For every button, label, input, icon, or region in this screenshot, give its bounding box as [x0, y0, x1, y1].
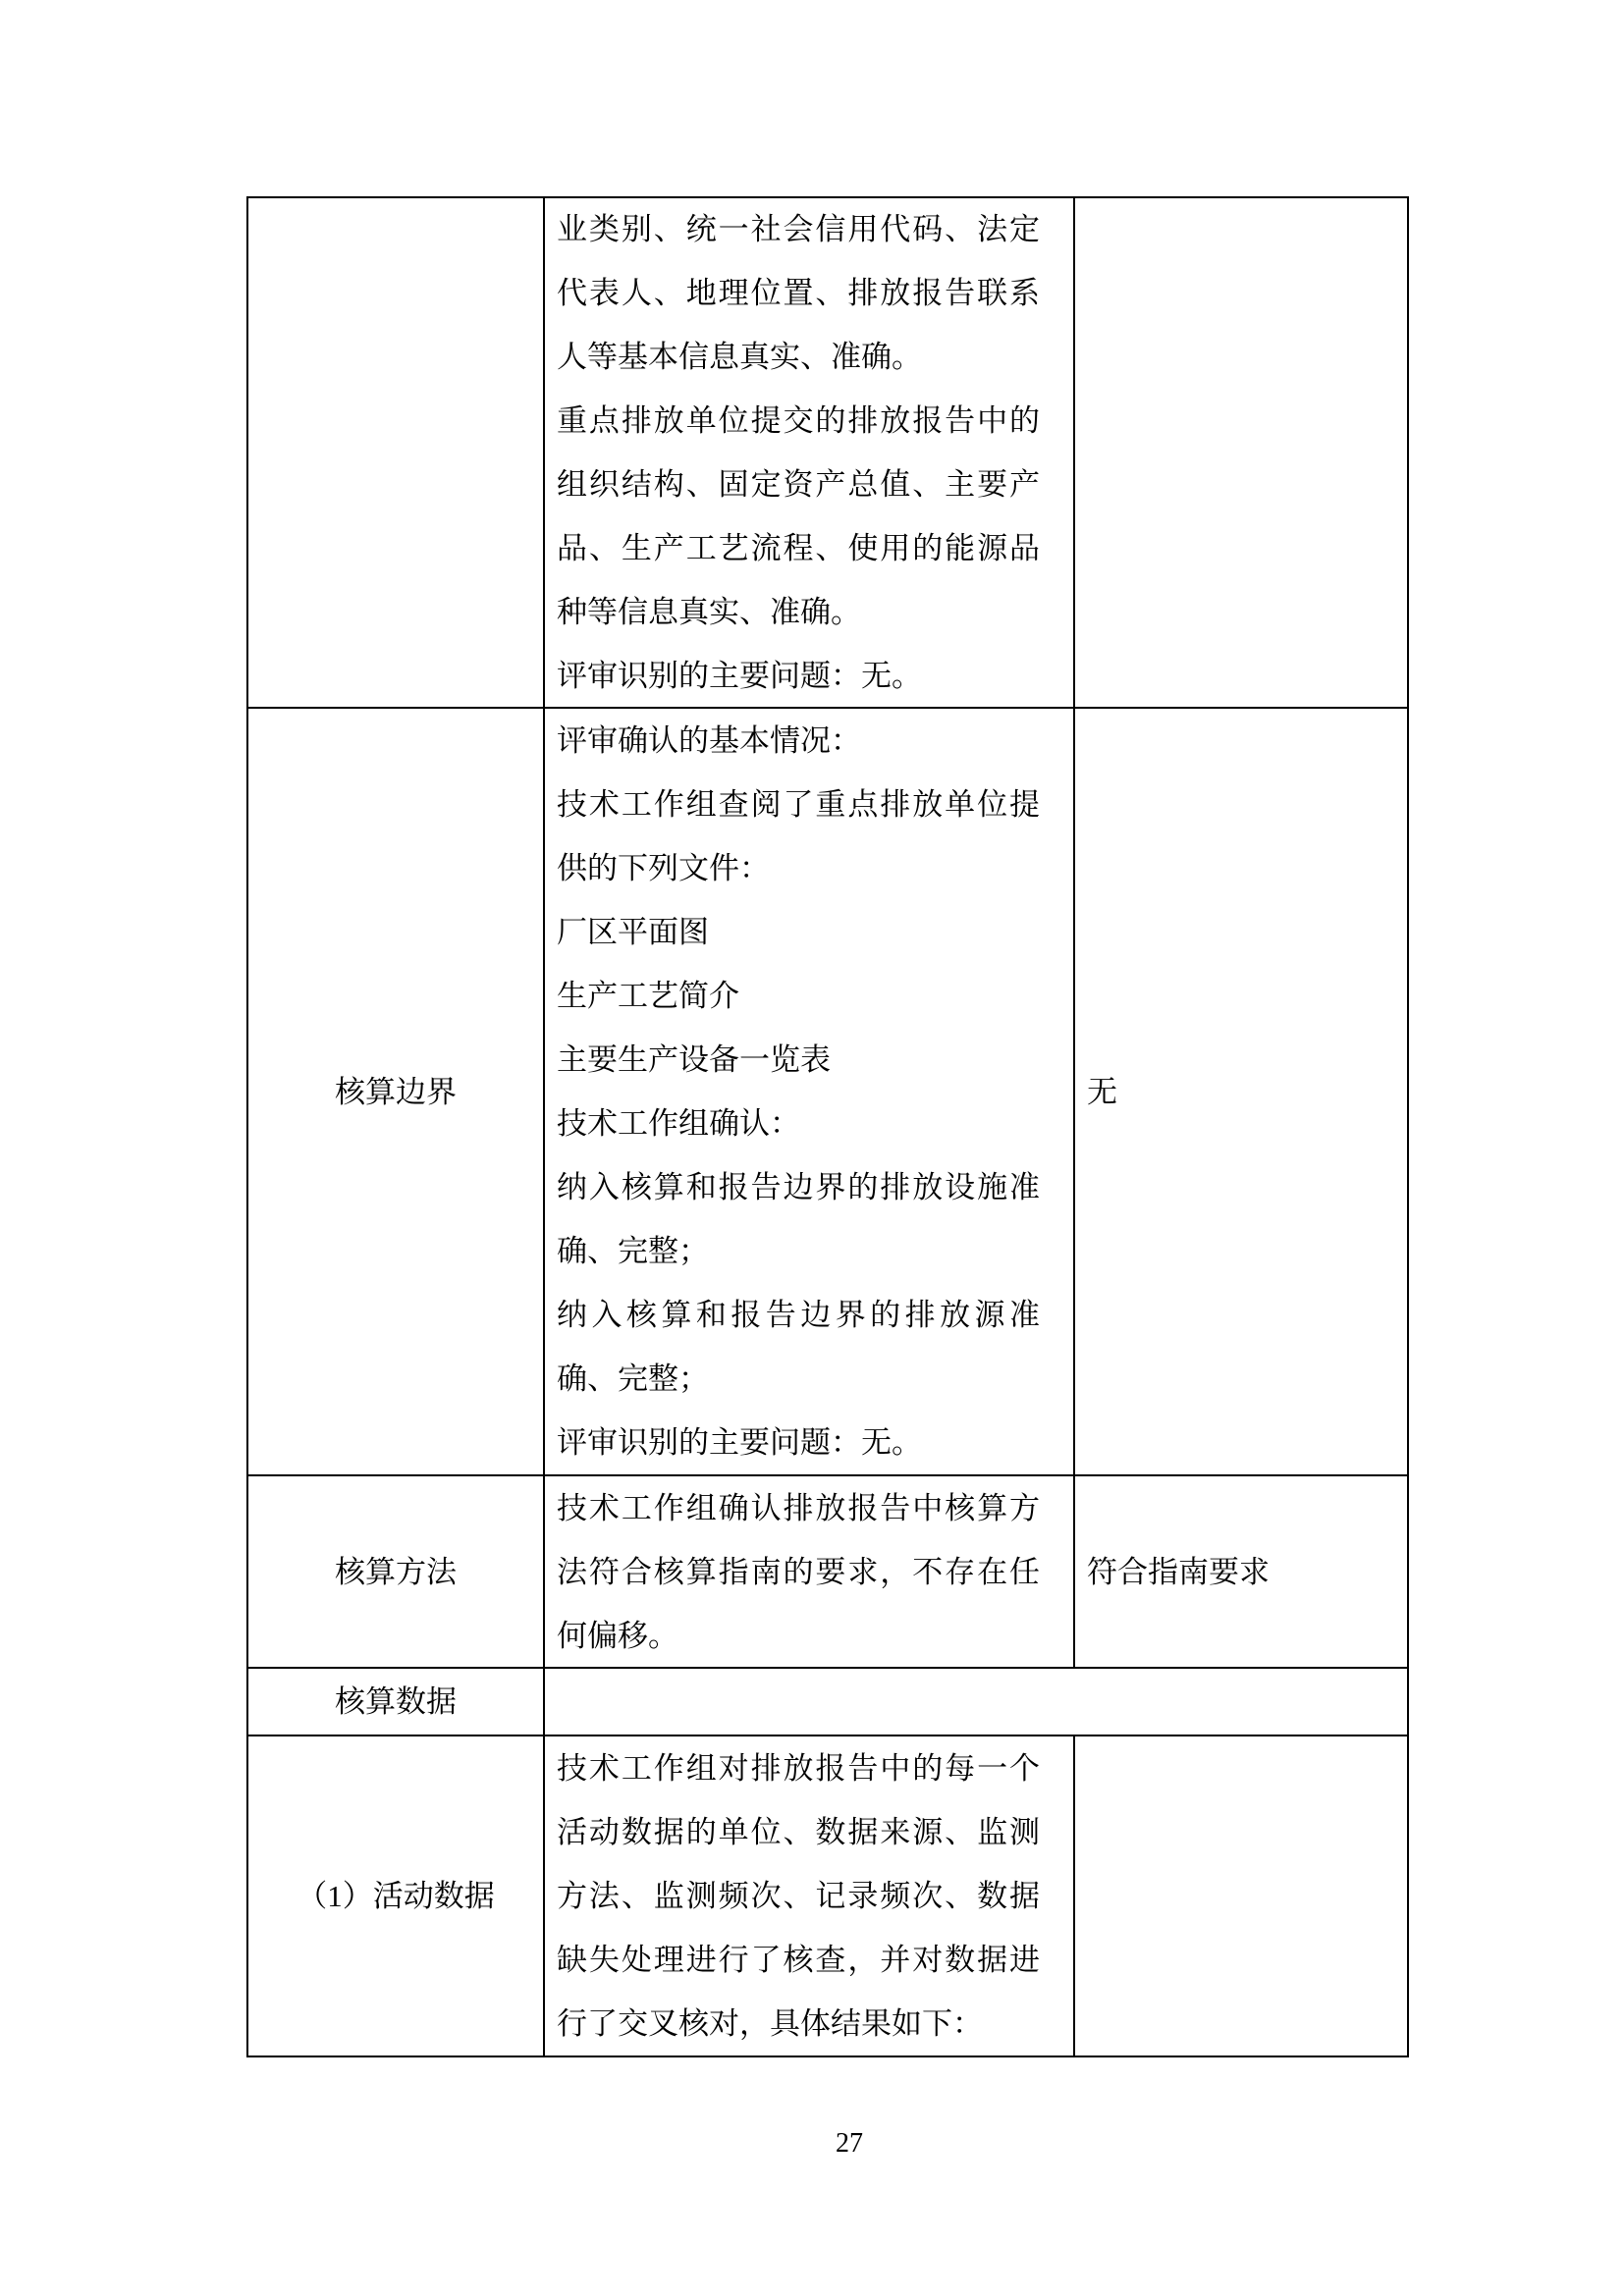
text-line: 行了交叉核对，具体结果如下：: [557, 1992, 1040, 2056]
text-line: 确、完整；: [557, 1219, 1040, 1283]
text-line: 方法、监测频次、记录频次、数据: [557, 1864, 1040, 1928]
content-cell-accounting-boundary: 评审确认的基本情况：技术工作组查阅了重点排放单位提供的下列文件：厂区平面图生产工…: [545, 709, 1075, 1476]
text-line: 何偏移。: [557, 1604, 1040, 1668]
conclusion-cell-basic-info: [1075, 198, 1407, 709]
text-line: 主要生产设备一览表: [557, 1028, 1040, 1092]
page-number: 27: [836, 2124, 863, 2163]
conclusion-cell-accounting-method: 符合指南要求: [1075, 1476, 1407, 1669]
conclusion-cell-accounting-boundary: 无: [1075, 709, 1407, 1476]
text-line: 确、完整；: [557, 1347, 1040, 1411]
label-cell-accounting-data: 核算数据: [248, 1669, 545, 1736]
text-line: 供的下列文件：: [557, 836, 1040, 900]
text-line: 技术工作组确认：: [557, 1092, 1040, 1155]
text-line: 品、生产工艺流程、使用的能源品: [557, 516, 1040, 580]
text-line: 组织结构、固定资产总值、主要产: [557, 453, 1040, 516]
text-line: 人等基本信息真实、准确。: [557, 325, 1040, 389]
content-cell-accounting-data-merged: [545, 1669, 1407, 1736]
content-cell-basic-info: 业类别、统一社会信用代码、法定代表人、地理位置、排放报告联系人等基本信息真实、准…: [545, 198, 1075, 709]
text-line: 评审确认的基本情况：: [557, 709, 1040, 773]
label-cell-accounting-boundary: 核算边界: [248, 709, 545, 1476]
text-line: 业类别、统一社会信用代码、法定: [557, 198, 1040, 261]
text-line: 代表人、地理位置、排放报告联系: [557, 261, 1040, 325]
conclusion-cell-activity-data: [1075, 1736, 1407, 2056]
review-table: 业类别、统一社会信用代码、法定代表人、地理位置、排放报告联系人等基本信息真实、准…: [246, 196, 1409, 2057]
text-line: 技术工作组查阅了重点排放单位提: [557, 773, 1040, 836]
text-line: 评审识别的主要问题：无。: [557, 644, 1040, 708]
text-line: 纳入核算和报告边界的排放源准: [557, 1283, 1040, 1347]
label-cell-basic-info: [248, 198, 545, 709]
text-line: 纳入核算和报告边界的排放设施准: [557, 1155, 1040, 1219]
text-line: 缺失处理进行了核查，并对数据进: [557, 1928, 1040, 1992]
text-line: 生产工艺简介: [557, 964, 1040, 1028]
text-line: 重点排放单位提交的排放报告中的: [557, 389, 1040, 453]
text-line: 厂区平面图: [557, 900, 1040, 964]
content-cell-activity-data: 技术工作组对排放报告中的每一个活动数据的单位、数据来源、监测方法、监测频次、记录…: [545, 1736, 1075, 2056]
text-line: 技术工作组对排放报告中的每一个: [557, 1736, 1040, 1800]
content-cell-accounting-method: 技术工作组确认排放报告中核算方法符合核算指南的要求，不存在任何偏移。: [545, 1476, 1075, 1669]
label-cell-accounting-method: 核算方法: [248, 1476, 545, 1669]
text-line: 活动数据的单位、数据来源、监测: [557, 1800, 1040, 1864]
label-cell-activity-data: （1）活动数据: [248, 1736, 545, 2056]
text-line: 种等信息真实、准确。: [557, 580, 1040, 644]
text-line: 技术工作组确认排放报告中核算方: [557, 1476, 1040, 1540]
text-line: 法符合核算指南的要求，不存在任: [557, 1540, 1040, 1604]
text-line: 评审识别的主要问题：无。: [557, 1411, 1040, 1474]
